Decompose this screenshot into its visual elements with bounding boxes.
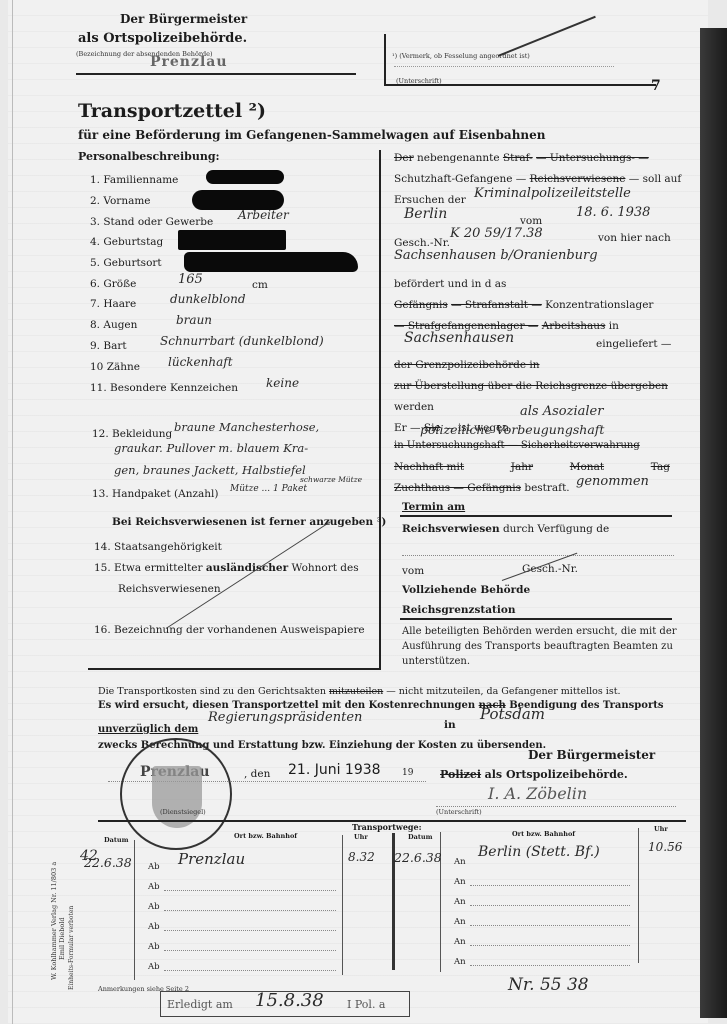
field-birthday-label: 4. Geburtstag xyxy=(90,236,163,248)
publisher-imprint: W. Kohlhammer Verlag Nr. 11/803 a xyxy=(50,862,58,980)
right-line13: werden xyxy=(394,401,434,413)
struck-text: Reichsverwiesene xyxy=(530,173,626,185)
personal-heading: Personalbeschreibung: xyxy=(78,150,220,163)
field-residence-label-b: ausländischer xyxy=(206,562,288,574)
field-residence-label-d: Reichsverwiesenen xyxy=(118,583,221,595)
request-by-value: Kriminalpolizeileitstelle xyxy=(474,186,631,201)
field-birthplace-label: 5. Geburtsort xyxy=(90,257,162,269)
struck-text: Nachhaft mit xyxy=(394,461,464,473)
costs-line1: Die Transportkosten sind zu den Gerichts… xyxy=(98,686,621,697)
field-residence-label: 15. Etwa ermittelter ausländischer Wohno… xyxy=(94,562,359,574)
field-clothing-line3: gen, braunes Jackett, Halbstiefel xyxy=(114,463,306,477)
col-uhr-left: Uhr xyxy=(354,833,368,841)
right-line16: Nachhaft mit Jahr Monat Tag xyxy=(394,461,670,473)
bold-text: als Ortspolizeibehörde. xyxy=(485,768,628,781)
arrive-time-1: 10.56 xyxy=(648,840,682,854)
text: in xyxy=(609,320,619,332)
text: Es wird ersucht, xyxy=(98,700,189,711)
depart-place-1: Prenzlau xyxy=(178,850,245,868)
col-divider xyxy=(134,840,135,980)
recipient-value: Regierungspräsidenten xyxy=(208,710,362,725)
field-clothing-line1: braune Manchesterhose, xyxy=(174,420,319,434)
divider-border-station xyxy=(400,618,672,620)
struck-text: Jahr xyxy=(511,461,533,473)
authority-stamp: Prenzlau xyxy=(150,54,228,70)
field-nationality-label: 14. Staatsangehörigkeit xyxy=(94,541,222,553)
field-parcel-note: schwarze Mütze xyxy=(300,475,362,484)
col-datum-right: Datum xyxy=(408,833,432,841)
col-ort-left: Ort bzw. Bahnhof xyxy=(234,832,297,840)
redacted-family-name xyxy=(206,170,284,184)
bold-text: Reichsverwiesen xyxy=(402,523,500,535)
text: nebengenannte xyxy=(417,152,500,164)
struck-text: Der xyxy=(394,152,414,164)
arrive-prefix-6: An xyxy=(454,957,466,967)
expelled-by-row: Reichsverwiesen durch Verfügung de xyxy=(402,523,609,535)
signatory-authority2: Polizei als Ortspolizeibehörde. xyxy=(440,768,628,781)
struck-text: — Strafanstalt — xyxy=(451,299,542,311)
recipient-city-value: Potsdam xyxy=(480,705,545,723)
destination-label: von hier nach xyxy=(598,232,671,244)
depart-time-1: 8.32 xyxy=(348,850,375,864)
text: Schutzhaft-Gefangene — xyxy=(394,173,526,185)
arrive-prefix-3: An xyxy=(454,897,466,907)
col-ort-right: Ort bzw. Bahnhof xyxy=(512,830,575,838)
dotted-line xyxy=(470,945,630,946)
arrive-prefix-2: An xyxy=(454,877,466,887)
request-date-value: 18. 6. 1938 xyxy=(576,205,650,220)
dotted-line xyxy=(164,890,336,891)
shackle-note: ¹) (Vermerk, ob Fesselung angeordnet ist… xyxy=(392,52,530,60)
text: Er — xyxy=(394,422,421,434)
field-marks-label: 11. Besondere Kennzeichen xyxy=(90,382,238,394)
right-line12: zur Überstellung über die Reichsgrenze ü… xyxy=(394,380,668,392)
dotted-line xyxy=(164,910,336,911)
col-datum-left: Datum xyxy=(104,836,128,844)
field-clothing-label: 12. Bekleidung xyxy=(92,428,172,440)
document-subtitle: für eine Beförderung im Gefangenen-Samme… xyxy=(78,128,546,142)
page-number: 7 xyxy=(651,78,661,94)
arrive-date-1: 22.6.38 xyxy=(394,850,442,865)
dotted-line xyxy=(470,925,630,926)
text: durch Verfügung de xyxy=(503,523,609,535)
right-line15: in Untersuchungshaft — Sicherheitsverwah… xyxy=(394,440,640,451)
right-line17: Zuchthaus — Gefängnis bestraft. xyxy=(394,482,570,494)
depart-prefix-4: Ab xyxy=(148,922,160,932)
dotted-line xyxy=(470,965,630,966)
destination-value: Sachsenhausen b/Oranienburg xyxy=(394,248,598,263)
request-by-label: Ersuchen der xyxy=(394,194,466,206)
field-height-value: 165 xyxy=(178,272,203,287)
publisher-line2: Emil Diebold xyxy=(58,917,66,960)
detention-value: polizeiliche Vorbeugungshaft xyxy=(420,422,604,437)
executing-authority-label: Vollziehende Behörde xyxy=(402,584,530,596)
depart-prefix-5: Ab xyxy=(148,942,160,952)
divider-termin xyxy=(400,515,672,517)
publisher-line3: Einheits-Formular verboten xyxy=(68,906,75,990)
transport-heading: Transportwege: xyxy=(352,822,422,832)
arrive-prefix-5: An xyxy=(454,937,466,947)
redacted-first-name xyxy=(192,190,284,210)
cancel-line-left xyxy=(166,521,331,629)
done-stamp: Erledigt am 15.8.38 I Pol. a xyxy=(160,991,410,1017)
side-number: 42 xyxy=(80,848,98,864)
dotted-line xyxy=(402,555,674,556)
depart-prefix-6: Ab xyxy=(148,962,160,972)
done-dept: I Pol. a xyxy=(347,998,386,1011)
right-line2: Schutzhaft-Gefangene — Reichsverwiesene … xyxy=(394,173,681,185)
arrive-prefix-1: An xyxy=(454,857,466,867)
request-city-value: Berlin xyxy=(404,206,447,222)
dotted-line xyxy=(164,950,336,951)
field-height-unit: cm xyxy=(252,279,268,291)
struck-text: Monat xyxy=(570,461,604,473)
border-station-label: Reichsgrenzstation xyxy=(402,604,516,616)
right-line8: Gefängnis — Strafanstalt — Konzentration… xyxy=(394,299,653,311)
field-first-name-label: 2. Vorname xyxy=(90,195,151,207)
hearing-label: Termin am xyxy=(402,501,465,513)
done-label: Erledigt am xyxy=(167,998,233,1011)
delivered-label: eingeliefert — xyxy=(596,338,671,350)
arrive-place-1: Berlin (Stett. Bf.) xyxy=(478,844,600,860)
right-line1: Der nebengenannte Straf- — Untersuchungs… xyxy=(394,152,649,164)
col-divider xyxy=(638,828,639,963)
coat-of-arms-icon xyxy=(152,766,202,828)
field-residence-label-a: 15. Etwa ermittelter xyxy=(94,562,203,574)
struck-text: mitzuteilen xyxy=(329,686,383,697)
recipient-in-label: in xyxy=(444,719,456,731)
official-seal: (Dienstsiegel) xyxy=(120,738,232,850)
field-eyes-value: braun xyxy=(176,313,212,327)
camp-value: Sachsenhausen xyxy=(404,330,514,346)
page-edge xyxy=(12,0,13,1024)
header-signature-caption: (Unterschrift) xyxy=(396,77,442,85)
struck-text: — Untersuchungs- — xyxy=(536,152,649,164)
costs-line3-label: unverzüglich dem xyxy=(98,724,198,735)
field-occupation-value: Arbeiter xyxy=(238,208,289,222)
field-eyes-label: 8. Augen xyxy=(90,319,137,331)
dotted-line xyxy=(470,905,630,906)
header-underline xyxy=(76,73,356,75)
depart-prefix-3: Ab xyxy=(148,902,160,912)
text: Die Transportkosten sind zu den Gerichts… xyxy=(98,686,326,697)
dotted-line xyxy=(470,885,630,886)
col-uhr-right: Uhr xyxy=(654,825,668,833)
field-hair-label: 7. Haare xyxy=(90,298,136,310)
field-id-papers-label: 16. Bezeichnung der vorhandenen Ausweisp… xyxy=(94,624,365,636)
struck-text: Arbeitshaus xyxy=(542,320,606,332)
document-title: Transportzettel ²) xyxy=(78,100,266,122)
col-divider xyxy=(342,835,343,975)
field-hair-value: dunkelblond xyxy=(170,292,246,306)
field-height-label: 6. Größe xyxy=(90,278,136,290)
struck-text: Tag xyxy=(651,461,670,473)
case-number-value: K 20 59/17.38 xyxy=(450,226,543,241)
field-family-name-label: 1. Familienname xyxy=(90,174,178,186)
right-line7: befördert und in d as xyxy=(394,278,506,290)
field-beard-label: 9. Bart xyxy=(90,340,127,352)
field-marks-value: keine xyxy=(266,376,299,390)
costs-line2: Es wird ersucht, diesen Transportzettel … xyxy=(98,700,663,711)
text: bestraft. xyxy=(524,482,569,494)
text: — nicht mitzuteilen, da Gefangener mitte… xyxy=(386,686,620,697)
field-clothing-line2: graukar. Pullover m. blauem Kra- xyxy=(114,441,308,455)
taken-value: genommen xyxy=(576,474,649,489)
authority-line2: als Ortspolizeibehörde. xyxy=(78,31,247,46)
reference-number: Nr. 55 38 xyxy=(508,975,589,995)
signature: I. A. Zöbelin xyxy=(488,784,587,803)
authority-line1: Der Bürgermeister xyxy=(120,12,247,26)
signature-caption: (Unterschrift) xyxy=(436,808,482,816)
field-teeth-value: lückenhaft xyxy=(168,355,233,369)
field-parcel-value: Mütze ... 1 Paket xyxy=(230,484,307,494)
document-page: Der Bürgermeister als Ortspolizeibehörde… xyxy=(8,0,708,1024)
header-bracket-left xyxy=(384,34,386,86)
struck-text: Gefängnis xyxy=(394,299,448,311)
issue-date: 21. Juni 1938 xyxy=(288,762,381,778)
seal-caption: (Dienstsiegel) xyxy=(160,808,206,816)
done-date: 15.8.38 xyxy=(255,990,324,1011)
struck-text: Polizei xyxy=(440,768,481,781)
text: — soll auf xyxy=(629,173,682,185)
reason-value: als Asozialer xyxy=(520,404,603,419)
struck-text: Straf- xyxy=(503,152,533,164)
left-box-bottom xyxy=(88,668,381,670)
redacted-birthplace xyxy=(184,252,358,272)
column-divider xyxy=(379,150,381,670)
field-occupation-label: 3. Stand oder Gewerbe xyxy=(90,216,213,228)
dotted-line xyxy=(164,930,336,931)
struck-text: Zuchthaus — Gefängnis xyxy=(394,482,521,494)
depart-prefix-1: Ab xyxy=(148,862,160,872)
expelled-vom-label: vom xyxy=(402,565,424,577)
publisher-line1: W. Kohlhammer Verlag Nr. 11/803 a xyxy=(50,862,58,980)
signatory-authority1: Der Bürgermeister xyxy=(528,748,655,762)
depart-prefix-2: Ab xyxy=(148,882,160,892)
redacted-birthday xyxy=(178,230,286,250)
field-beard-value: Schnurrbart (dunkelblond) xyxy=(160,334,324,348)
date-label: , den xyxy=(244,768,270,780)
arrive-prefix-4: An xyxy=(454,917,466,927)
assistance-request: Alle beteiligten Behörden werden ersucht… xyxy=(402,624,677,669)
strike-through-mark xyxy=(498,16,596,57)
year-prefix: 19 xyxy=(402,768,413,778)
right-line11: der Grenzpolizeibehörde in xyxy=(394,359,540,371)
dotted-line xyxy=(436,806,676,807)
page-shadow xyxy=(700,28,727,1018)
text: Konzentrationslager xyxy=(545,299,653,311)
expelled-heading: Bei Reichsverwiesenen ist ferner anzugeb… xyxy=(112,516,386,528)
dotted-line xyxy=(164,970,336,971)
field-teeth-label: 10 Zähne xyxy=(90,361,140,373)
field-parcel-label: 13. Handpaket (Anzahl) xyxy=(92,488,219,500)
field-residence-label-c: Wohnort des xyxy=(291,562,358,574)
